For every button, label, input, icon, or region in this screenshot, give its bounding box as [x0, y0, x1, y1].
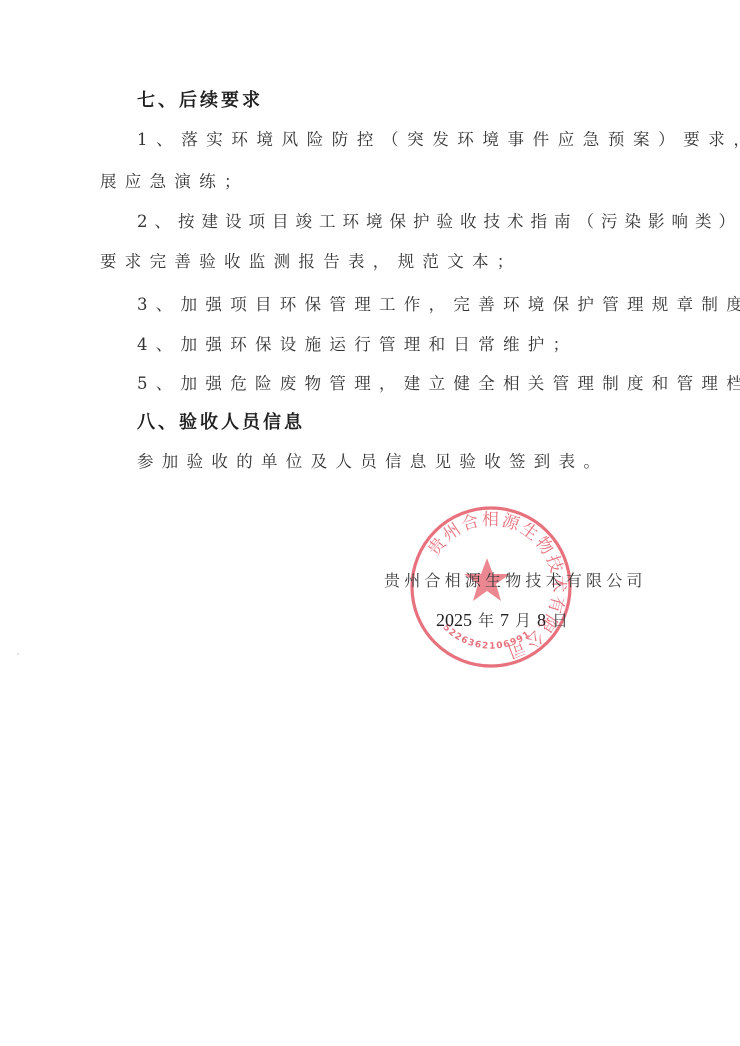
item-2-line-2: 要求完善验收监测报告表，规范文本；: [100, 251, 522, 273]
item-5: 5、加强危险废物管理，建立健全相关管理制度和管理档案。: [137, 373, 740, 395]
section-8-heading: 八、验收人员信息: [137, 411, 305, 435]
item-1-line-2: 展应急演练；: [100, 171, 249, 193]
document-page: 七、后续要求 1、落实环境风险防控（突发环境事件应急预案）要求，定期开 展应急演…: [0, 0, 740, 1046]
date-year: 2025: [436, 610, 472, 630]
date-day: 8: [537, 610, 546, 630]
section-7-heading: 七、后续要求: [137, 89, 263, 113]
item-2-line-1: 2、按建设项目竣工环境保护验收技术指南（污染影响类）相关: [137, 211, 740, 233]
date-year-unit: 年: [478, 613, 494, 630]
section-8-body: 参加验收的单位及人员信息见验收签到表。: [137, 451, 608, 473]
item-1-line-1: 1、落实环境风险防控（突发环境事件应急预案）要求，定期开: [137, 129, 740, 151]
company-name-signature: 贵州合相源生物技术有限公司: [384, 570, 647, 592]
date-month-unit: 月: [515, 613, 531, 630]
date-month: 7: [500, 610, 509, 630]
scan-speck: [17, 653, 19, 655]
item-4: 4、加强环保设施运行管理和日常维护；: [137, 334, 577, 356]
date-day-unit: 日: [552, 613, 568, 630]
item-3: 3、加强项目环保管理工作，完善环境保护管理规章制度；: [137, 294, 740, 316]
signature-date: 2025年7月8日: [436, 609, 574, 633]
